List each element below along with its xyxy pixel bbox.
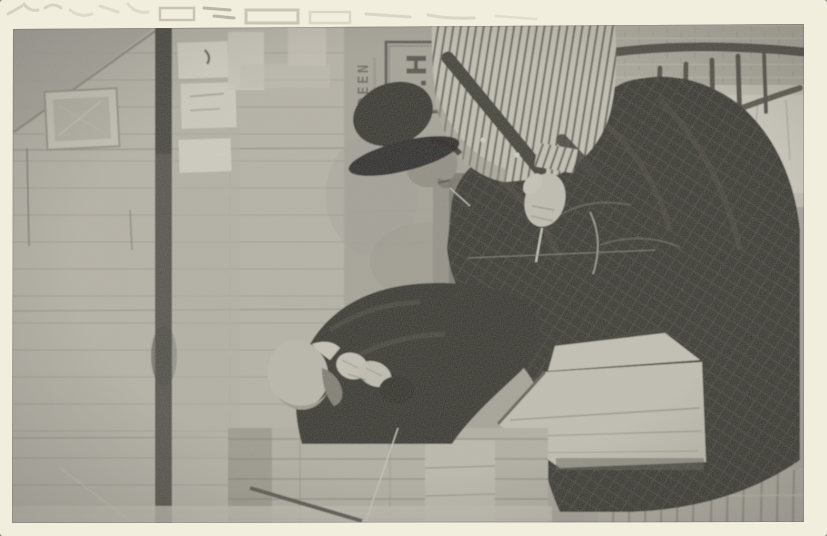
postcard: T.H DEEN bbox=[0, 0, 827, 536]
photo-illustration: T.H DEEN bbox=[0, 0, 827, 536]
film-grain bbox=[10, 22, 806, 525]
photograph: T.H DEEN bbox=[10, 22, 806, 525]
